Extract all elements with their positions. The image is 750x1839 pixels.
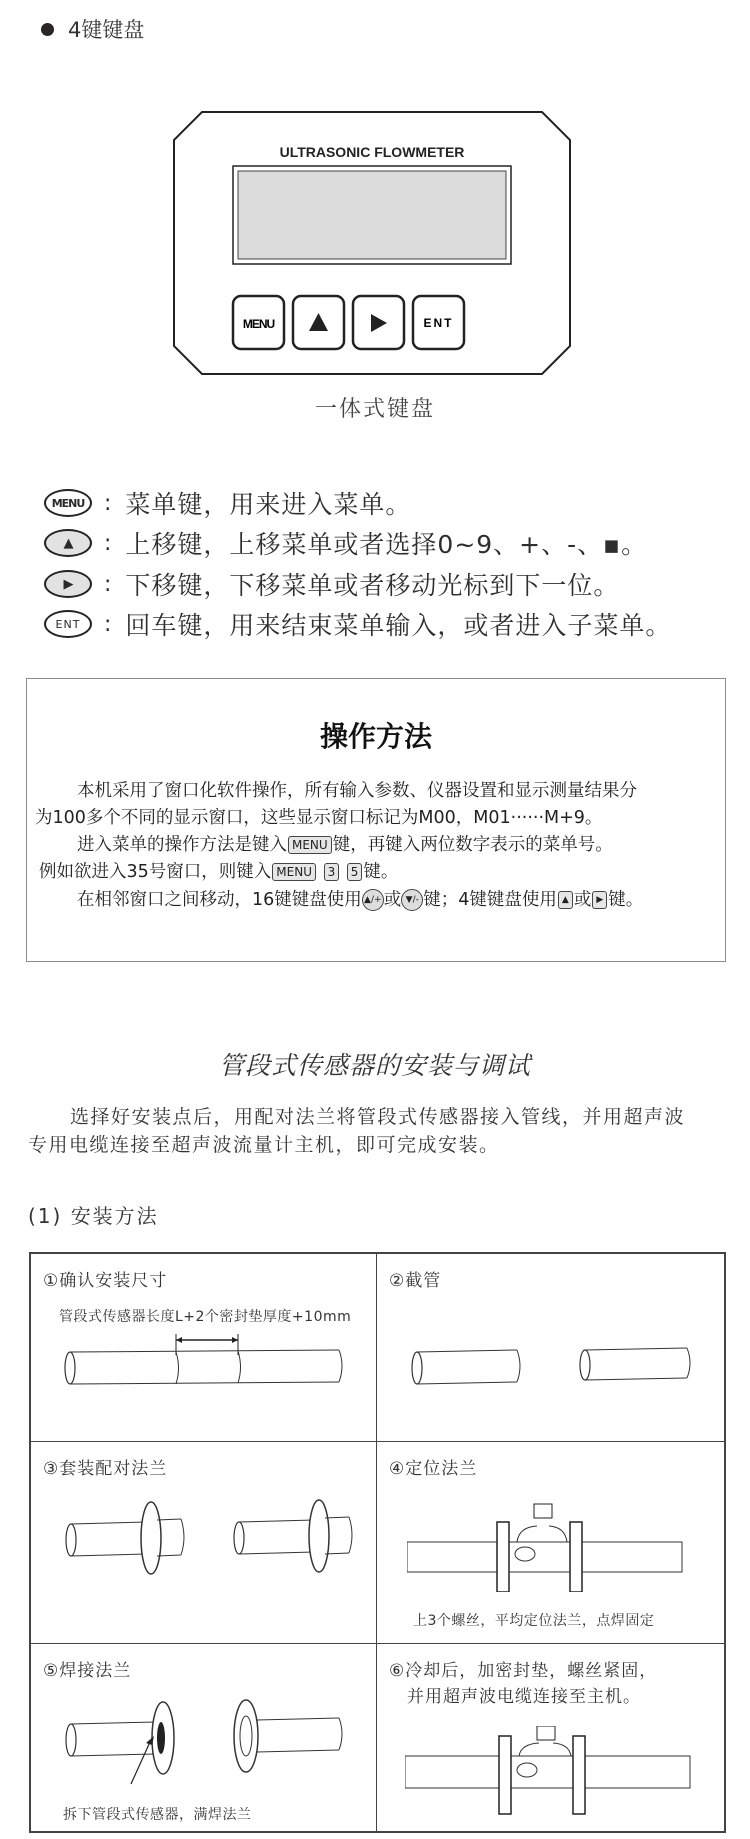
pipe-measure-diagram [61,1330,351,1390]
legend-item-up: ▲ : 上移键，上移菜单或者选择0~9、+、-、▪。 [44,526,647,560]
installation-title: 管段式传感器的安装与调试 [0,1046,750,1082]
completed-installation-diagram [405,1726,700,1816]
up-key-icon: ▲ [44,529,92,557]
operation-paragraph: 进入菜单的操作方法是键入MENU键，再键入两位数字表示的菜单号。 [77,831,613,856]
installation-intro: 专用电缆连接至超声波流量计主机，即可完成安装。 [28,1130,500,1157]
menu-key-inline: MENU [272,863,316,881]
menu-key-icon: MENU [44,489,92,517]
cut-pipes-diagram [407,1344,707,1394]
step-note: 拆下管段式传感器，满焊法兰 [63,1804,252,1824]
legend-item-menu: MENU : 菜单键，用来进入菜单。 [44,486,411,520]
step-label: ③套装配对法兰 [43,1456,167,1482]
step-note: 上3个螺丝，平均定位法兰，点焊固定 [413,1610,654,1630]
legend-item-ent: ENT : 回车键，用来结束菜单输入，或者进入子菜单。 [44,607,671,641]
step-note: 管段式传感器长度L+2个密封垫厚度+10mm [59,1306,351,1326]
step-6-cell: ⑥冷却后，加密封垫，螺丝紧固， 并用超声波电缆连接至主机。 [377,1644,724,1831]
right-key-icon: ▶ [44,570,92,598]
up-plus-key-icon: ▲/+ [362,889,384,911]
keypad-device-illustration: ULTRASONIC FLOWMETER MENU ENT [172,110,572,376]
legend-text: 菜单键，用来进入菜单。 [125,485,411,521]
menu-key-inline: MENU [288,836,332,854]
installation-intro: 选择好安装点后，用配对法兰将管段式传感器接入管线，并用超声波 [70,1102,685,1129]
ent-key-icon: ENT [44,610,92,638]
svg-text:ENT: ENT [424,316,454,330]
step-label: ②截管 [389,1268,441,1294]
up-key[interactable] [293,296,344,349]
device-brand: ULTRASONIC FLOWMETER [280,144,465,160]
operation-title: 操作方法 [27,715,725,755]
ent-key[interactable]: ENT [413,296,464,349]
menu-key[interactable]: MENU [233,296,284,349]
svg-text:MENU: MENU [243,317,275,331]
weld-flange-diagram [61,1698,361,1798]
installation-steps-grid: ①确认安装尺寸 管段式传感器长度L+2个密封垫厚度+10mm ②截管 [29,1252,726,1833]
legend-item-down: ▶ : 下移键，下移菜单或者移动光标到下一位。 [44,567,619,601]
section-title: 4键键盘 [68,14,144,44]
step-label: ①确认安装尺寸 [43,1268,167,1294]
legend-text: 上移键，上移菜单或者选择0~9、+、-、▪。 [125,525,647,561]
operation-paragraph: 在相邻窗口之间移动，16键键盘使用▲/+或▼/-键；4键键盘使用▲或▶键。 [77,886,643,911]
digit-key-inline: 3 [324,863,340,881]
step-label: ④定位法兰 [389,1456,477,1482]
operation-paragraph: 例如欲进入35号窗口，则键入MENU 3 5键。 [39,858,398,883]
device-caption: 一体式键盘 [0,392,750,423]
step-1-cell: ①确认安装尺寸 管段式传感器长度L+2个密封垫厚度+10mm [31,1254,377,1442]
operation-paragraph: 为100多个不同的显示窗口，这些显示窗口标记为M00，M01······M+9。 [35,804,602,829]
legend-text: 下移键，下移菜单或者移动光标到下一位。 [125,566,619,602]
operation-paragraph: 本机采用了窗口化软件操作，所有输入参数、仪器设置和显示测量结果分 [77,777,637,802]
installation-method-heading: (1) 安装方法 [28,1200,159,1229]
right-key-inline-icon: ▶ [592,891,607,909]
step-4-cell: ④定位法兰 上3个螺丝，平均定位法兰，点焊固定 [377,1442,724,1644]
step-2-cell: ②截管 [377,1254,724,1442]
bullet-icon [41,23,54,36]
flange-pipes-diagram [61,1498,361,1588]
down-minus-key-icon: ▼/- [401,889,423,911]
up-key-inline-icon: ▲ [558,891,573,909]
positioned-flanges-diagram [407,1502,697,1592]
step-3-cell: ③套装配对法兰 [31,1442,377,1644]
digit-key-inline: 5 [347,863,363,881]
step-label: ⑤焊接法兰 [43,1658,131,1684]
step-label: ⑥冷却后，加密封垫，螺丝紧固， 并用超声波电缆连接至主机。 [389,1658,657,1710]
step-5-cell: ⑤焊接法兰 拆下管段式传感器，满焊法兰 [31,1644,377,1831]
down-key[interactable] [353,296,404,349]
legend-text: 回车键，用来结束菜单输入，或者进入子菜单。 [125,606,671,642]
operation-method-box: 操作方法 本机采用了窗口化软件操作，所有输入参数、仪器设置和显示测量结果分 为1… [26,678,726,962]
